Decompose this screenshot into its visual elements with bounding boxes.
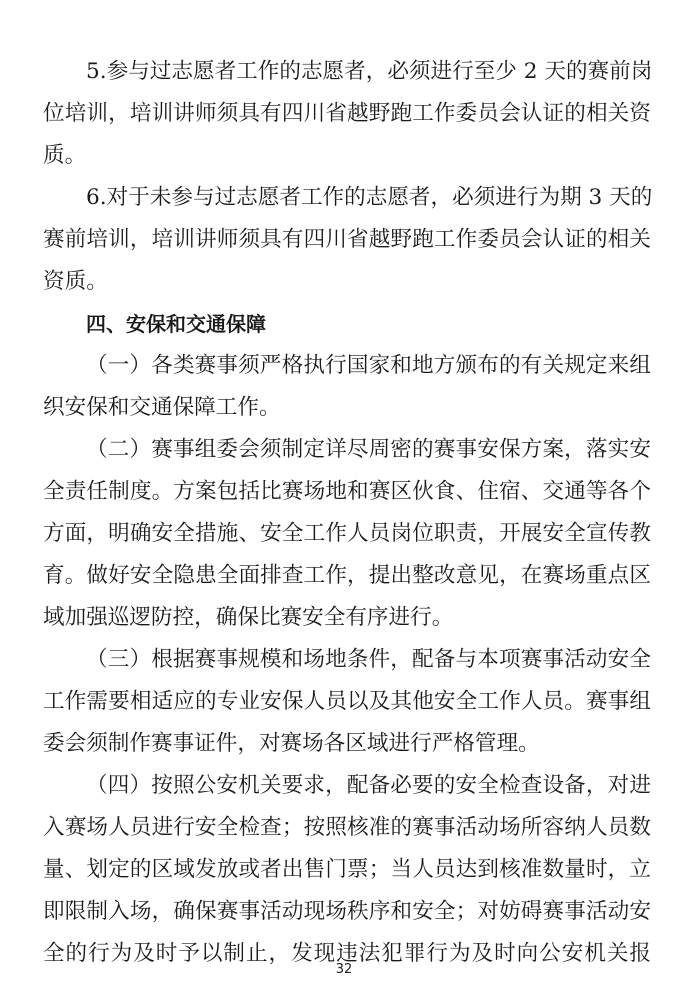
document-page: 5.参与过志愿者工作的志愿者，必须进行至少 2 天的赛前岗位培训，培训讲师须具有… xyxy=(0,0,688,995)
text-line: 位培训，培训讲师须具有四川省越野跑工作委员会认证的相关资 xyxy=(43,97,651,131)
text-line: 质。 xyxy=(43,139,651,173)
text-line: 方面，明确安全措施、安全工作人员岗位职责，开展安全宣传教 xyxy=(43,517,651,551)
text-line: （二）赛事组委会须制定详尽周密的赛事安保方案，落实安 xyxy=(86,433,651,467)
text-line: 量、划定的区域发放或者出售门票；当人员达到核准数量时，立 xyxy=(43,853,651,887)
text-line: 赛前培训，培训讲师须具有四川省越野跑工作委员会认证的相关 xyxy=(43,223,651,257)
text-line: 域加强巡逻防控，确保比赛安全有序进行。 xyxy=(43,601,651,635)
text-line: 6.对于未参与过志愿者工作的志愿者，必须进行为期 3 天的 xyxy=(86,181,651,215)
text-line: （三）根据赛事规模和场地条件，配备与本项赛事活动安全 xyxy=(86,643,651,677)
text-line: 资质。 xyxy=(43,265,651,299)
text-line: 全责任制度。方案包括比赛场地和赛区伙食、住宿、交通等各个 xyxy=(43,475,651,509)
text-line: 入赛场人员进行安全检查；按照核准的赛事活动场所容纳人员数 xyxy=(43,811,651,845)
page-number: 32 xyxy=(0,962,688,977)
text-line: 委会须制作赛事证件，对赛场各区域进行严格管理。 xyxy=(43,727,651,761)
text-line: 育。做好安全隐患全面排查工作，提出整改意见，在赛场重点区 xyxy=(43,559,651,593)
text-line: （四）按照公安机关要求，配备必要的安全检查设备，对进 xyxy=(86,769,651,803)
text-line: （一）各类赛事须严格执行国家和地方颁布的有关规定来组 xyxy=(86,349,651,383)
section-heading: 四、安保和交通保障 xyxy=(86,307,651,341)
text-line: 织安保和交通保障工作。 xyxy=(43,391,651,425)
text-line: 即限制入场，确保赛事活动现场秩序和安全；对妨碍赛事活动安 xyxy=(43,895,651,929)
text-line: 5.参与过志愿者工作的志愿者，必须进行至少 2 天的赛前岗 xyxy=(86,55,651,89)
text-line: 工作需要相适应的专业安保人员以及其他安全工作人员。赛事组 xyxy=(43,685,651,719)
